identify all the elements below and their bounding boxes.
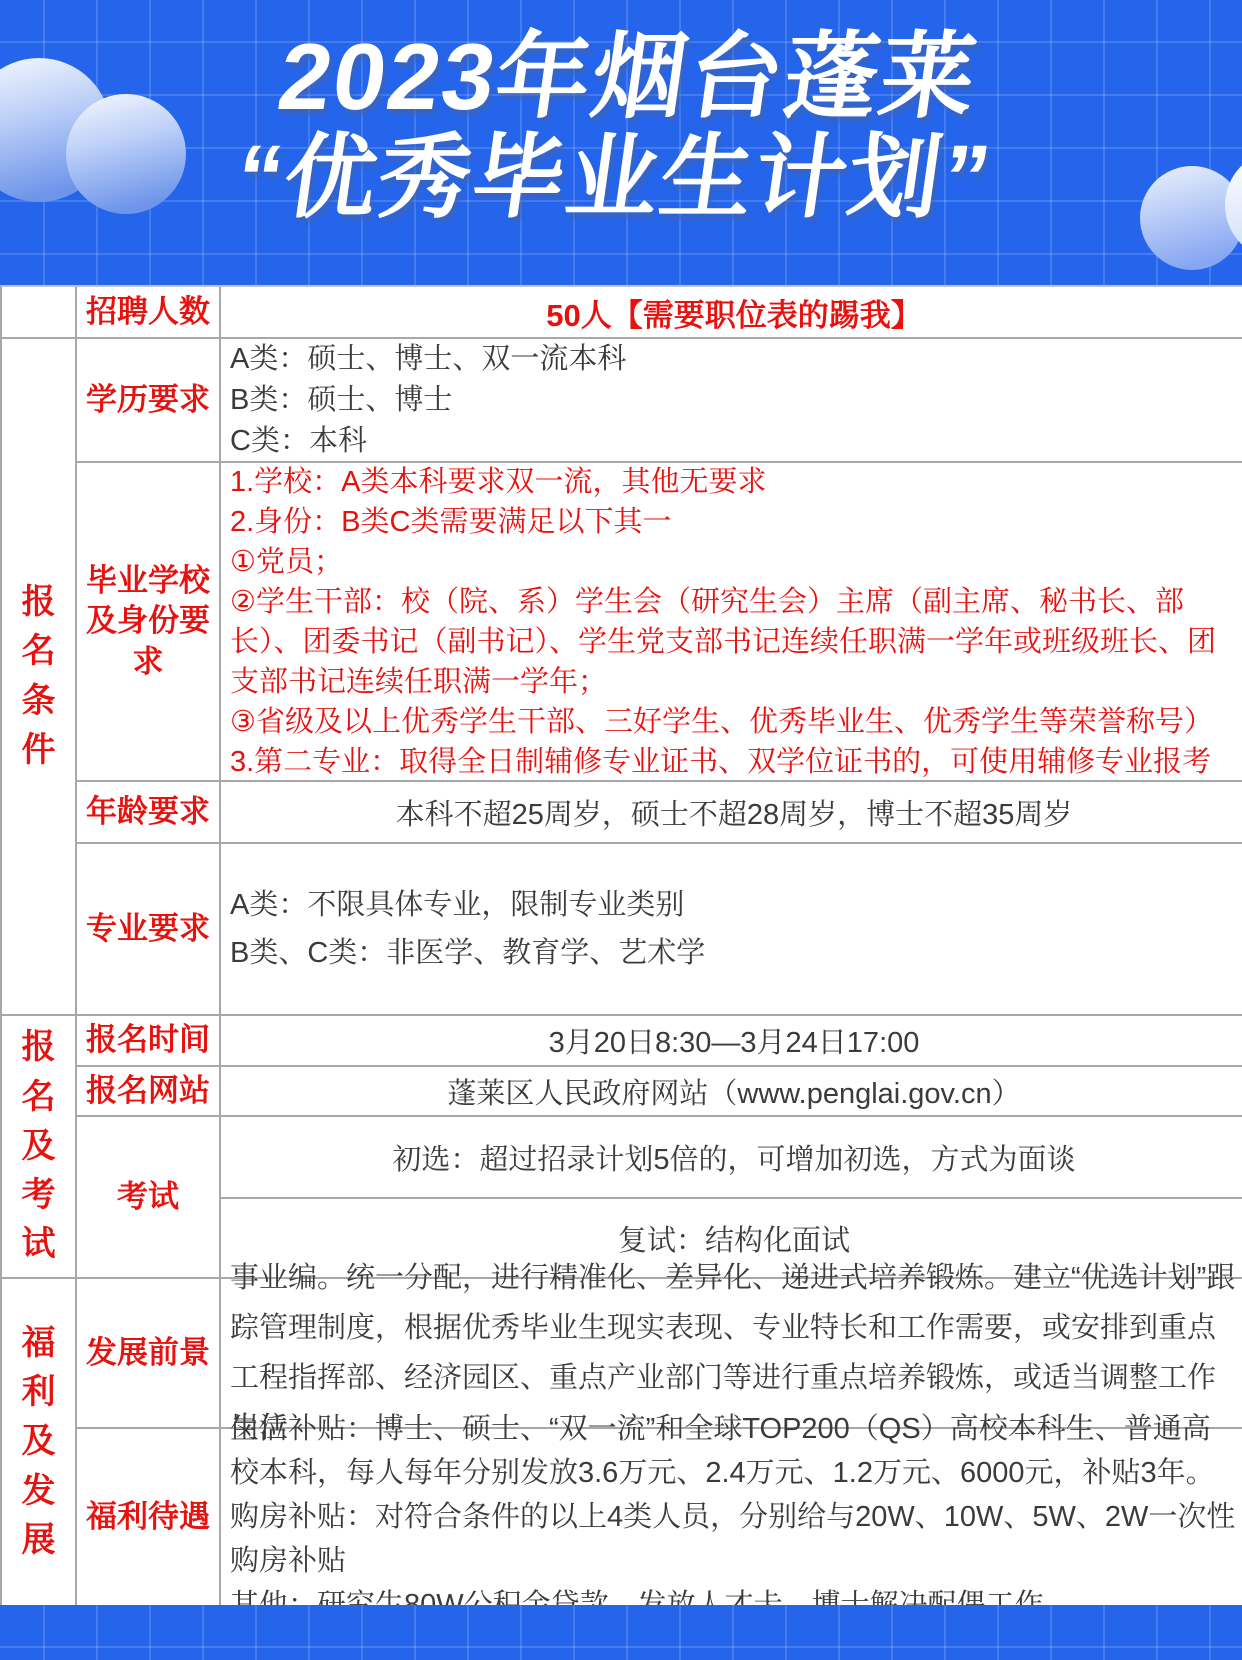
content-xueli-yaoqiu: A类：硕士、博士、双一流本科 B类：硕士、博士 C类：本科 <box>221 339 1242 463</box>
row-label-fuli-daiyu: 福利待遇 <box>77 1429 221 1607</box>
biye-item-1: 1.学校：A类本科要求双一流，其他无要求 <box>230 462 1238 502</box>
fuli-item-goufang: 购房补贴：对符合条件的以上4类人员，分别给与20W、10W、5W、2W一次性购房… <box>230 1495 1238 1583</box>
content-biye-xuexiao: 1.学校：A类本科要求双一流，其他无要求 2.身份：B类C类需要满足以下其一 ①… <box>221 463 1242 782</box>
group-label-baoming-kaoshi: 报名及考试 <box>2 1016 77 1279</box>
group-cell-empty <box>2 287 77 339</box>
fuli-item-shenghuo: 生活补贴：博士、硕士、“双一流”和全球TOP200（QS）高校本科生、普通高校本… <box>230 1407 1238 1495</box>
content-nianling: 本科不超25周岁，硕士不超28周岁，博士不超35周岁 <box>221 782 1242 844</box>
footer-strip <box>0 1605 1242 1660</box>
xueli-line-b: B类：硕士、博士 <box>230 380 1238 421</box>
content-fuli-daiyu: 生活补贴：博士、硕士、“双一流”和全球TOP200（QS）高校本科生、普通高校本… <box>221 1429 1242 1607</box>
row-label-biye-xuexiao: 毕业学校及身份要求 <box>77 463 221 782</box>
biye-item-4: ②学生干部：校（院、系）学生会（研究生会）主席（副主席、秘书长、部长）、团委书记… <box>230 582 1238 702</box>
row-label-nianling: 年龄要求 <box>77 782 221 844</box>
recruitment-poster: { "header": { "title_line1": "2023年烟台蓬莱"… <box>0 0 1242 1660</box>
zhuanye-line-b: B类、C类：非医学、教育学、艺术学 <box>230 929 1238 977</box>
row-label-zhaopin-renshu: 招聘人数 <box>77 287 221 339</box>
row-label-xueli-yaoqiu: 学历要求 <box>77 339 221 463</box>
content-baoming-shijian: 3月20日8:30—3月24日17:00 <box>221 1016 1242 1067</box>
biye-item-3: ①党员； <box>230 542 1238 582</box>
biye-item-2: 2.身份：B类C类需要满足以下其一 <box>230 502 1238 542</box>
xueli-line-c: C类：本科 <box>230 421 1238 462</box>
content-baoming-wangzhan: 蓬莱区人民政府网站（www.penglai.gov.cn） <box>221 1067 1242 1117</box>
content-zhuanye: A类：不限具体专业，限制专业类别 B类、C类：非医学、教育学、艺术学 <box>221 844 1242 1016</box>
row-label-baoming-wangzhan: 报名网站 <box>77 1067 221 1117</box>
content-kaoshi-chuxuan: 初选：超过招录计划5倍的，可增加初选，方式为面谈 <box>221 1117 1242 1199</box>
biye-item-5: ③省级及以上优秀学生干部、三好学生、优秀毕业生、优秀学生等荣誉称号） <box>230 702 1238 742</box>
row-label-baoming-shijian: 报名时间 <box>77 1016 221 1067</box>
biye-item-6: 3.第二专业：取得全日制辅修专业证书、双学位证书的，可使用辅修专业报考 <box>230 742 1238 782</box>
row-label-fazhan-qianjing: 发展前景 <box>77 1279 221 1429</box>
row-label-zhuanye: 专业要求 <box>77 844 221 1016</box>
row-label-kaoshi: 考试 <box>77 1117 221 1279</box>
group-label-baoming-tiaojian: 报名条件 <box>2 339 77 1016</box>
title-line-2: “优秀毕业生计划” <box>0 132 1241 224</box>
zhuanye-line-a: A类：不限具体专业，限制专业类别 <box>230 881 1238 929</box>
xueli-line-a: A类：硕士、博士、双一流本科 <box>230 339 1238 380</box>
title-line-1: 2023年烟台蓬莱 <box>0 30 1242 124</box>
info-table: 报名条件 报名及考试 福利及发展 招聘人数 学历要求 毕业学校及身份要求 年龄要… <box>0 285 1242 1605</box>
banner: 2023年烟台蓬莱 “优秀毕业生计划” <box>0 0 1242 285</box>
poster-title: 2023年烟台蓬莱 “优秀毕业生计划” <box>0 30 1242 224</box>
group-label-fuli-fazhan: 福利及发展 <box>2 1279 77 1607</box>
content-zhaopin-renshu: 50人【需要职位表的踢我】 <box>221 287 1242 339</box>
